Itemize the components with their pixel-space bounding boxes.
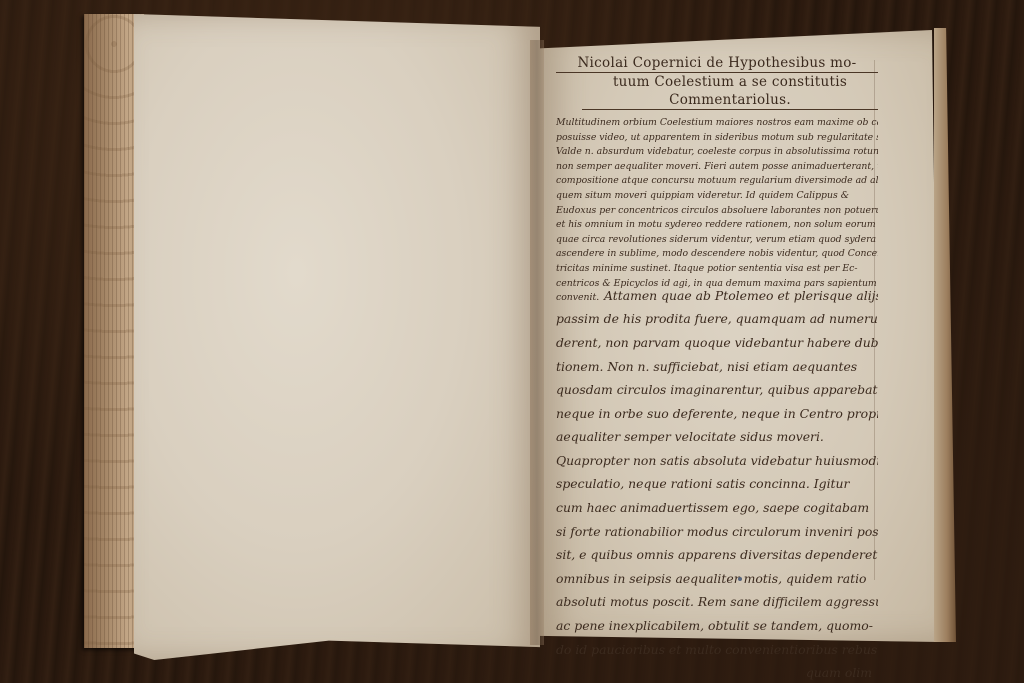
text-line: passim de his prodita fuere, quamquam ad… [556,307,878,331]
text-line: derent, non parvam quoque videbantur hab… [556,331,878,355]
text-line: posuisse video, ut apparentem in siderib… [556,131,878,146]
manuscript-title: Nicolai Copernici de Hypothesibus mo- tu… [556,54,878,110]
text-line: quam olim [556,661,878,683]
title-line-2: tuum Coelestium a se constitutis Comment… [582,73,878,110]
left-page-blank [134,14,540,660]
text-line: omnibus in seipsis aequaliter motis, qui… [556,567,878,591]
text-line: do id paucioribus et multo convenientior… [556,638,878,662]
text-line: Attamen quae ab Ptolemeo et plerisque al… [556,284,878,308]
text-line: et his omnium in motu sydereo reddere ra… [556,218,878,233]
photo-scene: Nicolai Copernici de Hypothesibus mo- tu… [0,0,1024,683]
text-line: quem situm moveri quippiam videretur. Id… [556,189,878,204]
text-line: si forte rationabilior modus circulorum … [556,520,878,544]
text-line: compositione atque concursu motuum regul… [556,174,878,189]
text-line: quae circa revolutiones siderum videntur… [556,233,878,248]
text-line: ac pene inexplicabilem, obtulit se tande… [556,614,878,638]
text-line: aequaliter semper velocitate sidus mover… [556,425,878,449]
text-line: Quapropter non satis absoluta videbatur … [556,449,878,473]
manuscript-body-large: Attamen quae ab Ptolemeo et plerisque al… [556,284,878,683]
text-line: tionem. Non n. sufficiebat, nisi etiam a… [556,355,878,379]
text-line: sit, e quibus omnis apparens diversitas … [556,543,878,567]
text-line: quosdam circulos imaginarentur, quibus a… [556,378,878,402]
text-line: neque in orbe suo deferente, neque in Ce… [556,402,878,426]
manuscript-body-small: Multitudinem orbium Coelestium maiores n… [556,116,878,306]
text-line: tricitas minime sustinet. Itaque potior … [556,262,878,277]
text-line: Multitudinem orbium Coelestium maiores n… [556,116,878,131]
book-gutter [530,40,544,645]
title-line-1: Nicolai Copernici de Hypothesibus mo- [556,54,878,73]
manuscript-text: Nicolai Copernici de Hypothesibus mo- tu… [556,54,878,683]
ink-spot [738,577,742,581]
text-line: Eudoxus per concentricos circulos absolu… [556,204,878,219]
text-line: speculatio, neque rationi satis concinna… [556,472,878,496]
text-line: ascendere in sublime, modo descendere no… [556,247,878,262]
text-line: absoluti motus poscit. Rem sane difficil… [556,590,878,614]
text-line: non semper aequaliter moveri. Fieri aute… [556,160,878,175]
text-line: Valde n. absurdum videbatur, coeleste co… [556,145,878,160]
right-fore-edge [934,28,956,642]
text-line: cum haec animaduertissem ego, saepe cogi… [556,496,878,520]
